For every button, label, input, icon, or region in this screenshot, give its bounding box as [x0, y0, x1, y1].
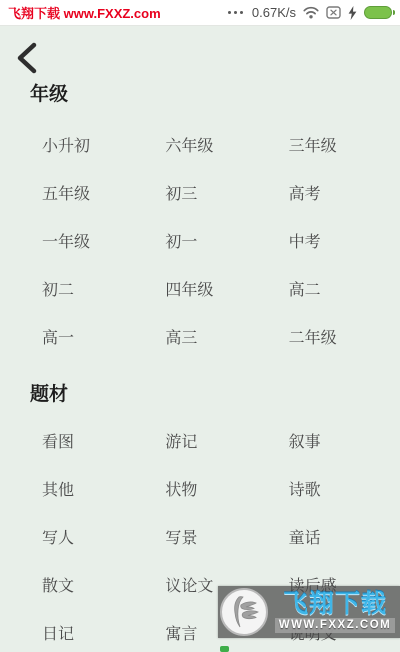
watermark: 飞翔下载 WWW.FXXZ.COM	[218, 586, 400, 638]
genre-item[interactable]: 其他	[30, 464, 153, 512]
fxxz-logo-icon	[220, 588, 268, 636]
grade-item[interactable]: 高考	[277, 168, 400, 216]
genre-item[interactable]: 写人	[30, 512, 153, 560]
status-bar: 飞翔下载 www.FXXZ.com 0.67K/s	[0, 0, 400, 26]
back-button[interactable]	[14, 42, 46, 76]
grade-item[interactable]: 五年级	[30, 168, 153, 216]
watermark-title: 飞翔下载	[283, 591, 387, 617]
grade-item[interactable]: 高一	[30, 312, 153, 360]
grade-item[interactable]: 一年级	[30, 216, 153, 264]
genre-item[interactable]: 散文	[30, 560, 153, 608]
grade-item[interactable]: 高三	[153, 312, 276, 360]
grade-item[interactable]: 六年级	[153, 120, 276, 168]
grade-item[interactable]: 初二	[30, 264, 153, 312]
promo-text: 飞翔下载 www.FXXZ.com	[8, 3, 161, 22]
grade-item[interactable]: 中考	[277, 216, 400, 264]
genre-item[interactable]: 日记	[30, 608, 153, 652]
genre-item[interactable]: 游记	[153, 416, 276, 464]
section-grade: 年级 小升初六年级三年级五年级初三高考一年级初一中考初二四年级高二高一高三二年级	[30, 84, 400, 360]
watermark-text: 飞翔下载 WWW.FXXZ.COM	[270, 591, 400, 633]
genre-item[interactable]: 状物	[153, 464, 276, 512]
watermark-url: WWW.FXXZ.COM	[275, 618, 396, 633]
genre-item[interactable]: 看图	[30, 416, 153, 464]
network-speed: 0.67K/s	[252, 5, 296, 20]
section-title-genre: 题材	[30, 384, 400, 406]
grade-item[interactable]: 初三	[153, 168, 276, 216]
app-screen: 飞翔下载 www.FXXZ.com 0.67K/s	[0, 0, 400, 652]
wifi-icon	[303, 6, 319, 19]
grade-item[interactable]: 二年级	[277, 312, 400, 360]
charging-bolt-icon	[348, 6, 357, 20]
status-icons: 0.67K/s	[228, 5, 392, 20]
battery-icon	[364, 6, 392, 19]
sim-error-icon	[326, 6, 341, 19]
section-title-grade: 年级	[30, 84, 400, 106]
grade-item[interactable]: 初一	[153, 216, 276, 264]
ellipsis-icon	[228, 11, 243, 14]
genre-item[interactable]: 写景	[153, 512, 276, 560]
grade-item[interactable]: 四年级	[153, 264, 276, 312]
genre-item[interactable]: 童话	[277, 512, 400, 560]
green-artifact	[220, 646, 229, 652]
grade-item[interactable]: 高二	[277, 264, 400, 312]
genre-item[interactable]: 叙事	[277, 416, 400, 464]
genre-item[interactable]: 诗歌	[277, 464, 400, 512]
grade-item[interactable]: 三年级	[277, 120, 400, 168]
grade-grid: 小升初六年级三年级五年级初三高考一年级初一中考初二四年级高二高一高三二年级	[30, 120, 400, 360]
grade-item[interactable]: 小升初	[30, 120, 153, 168]
